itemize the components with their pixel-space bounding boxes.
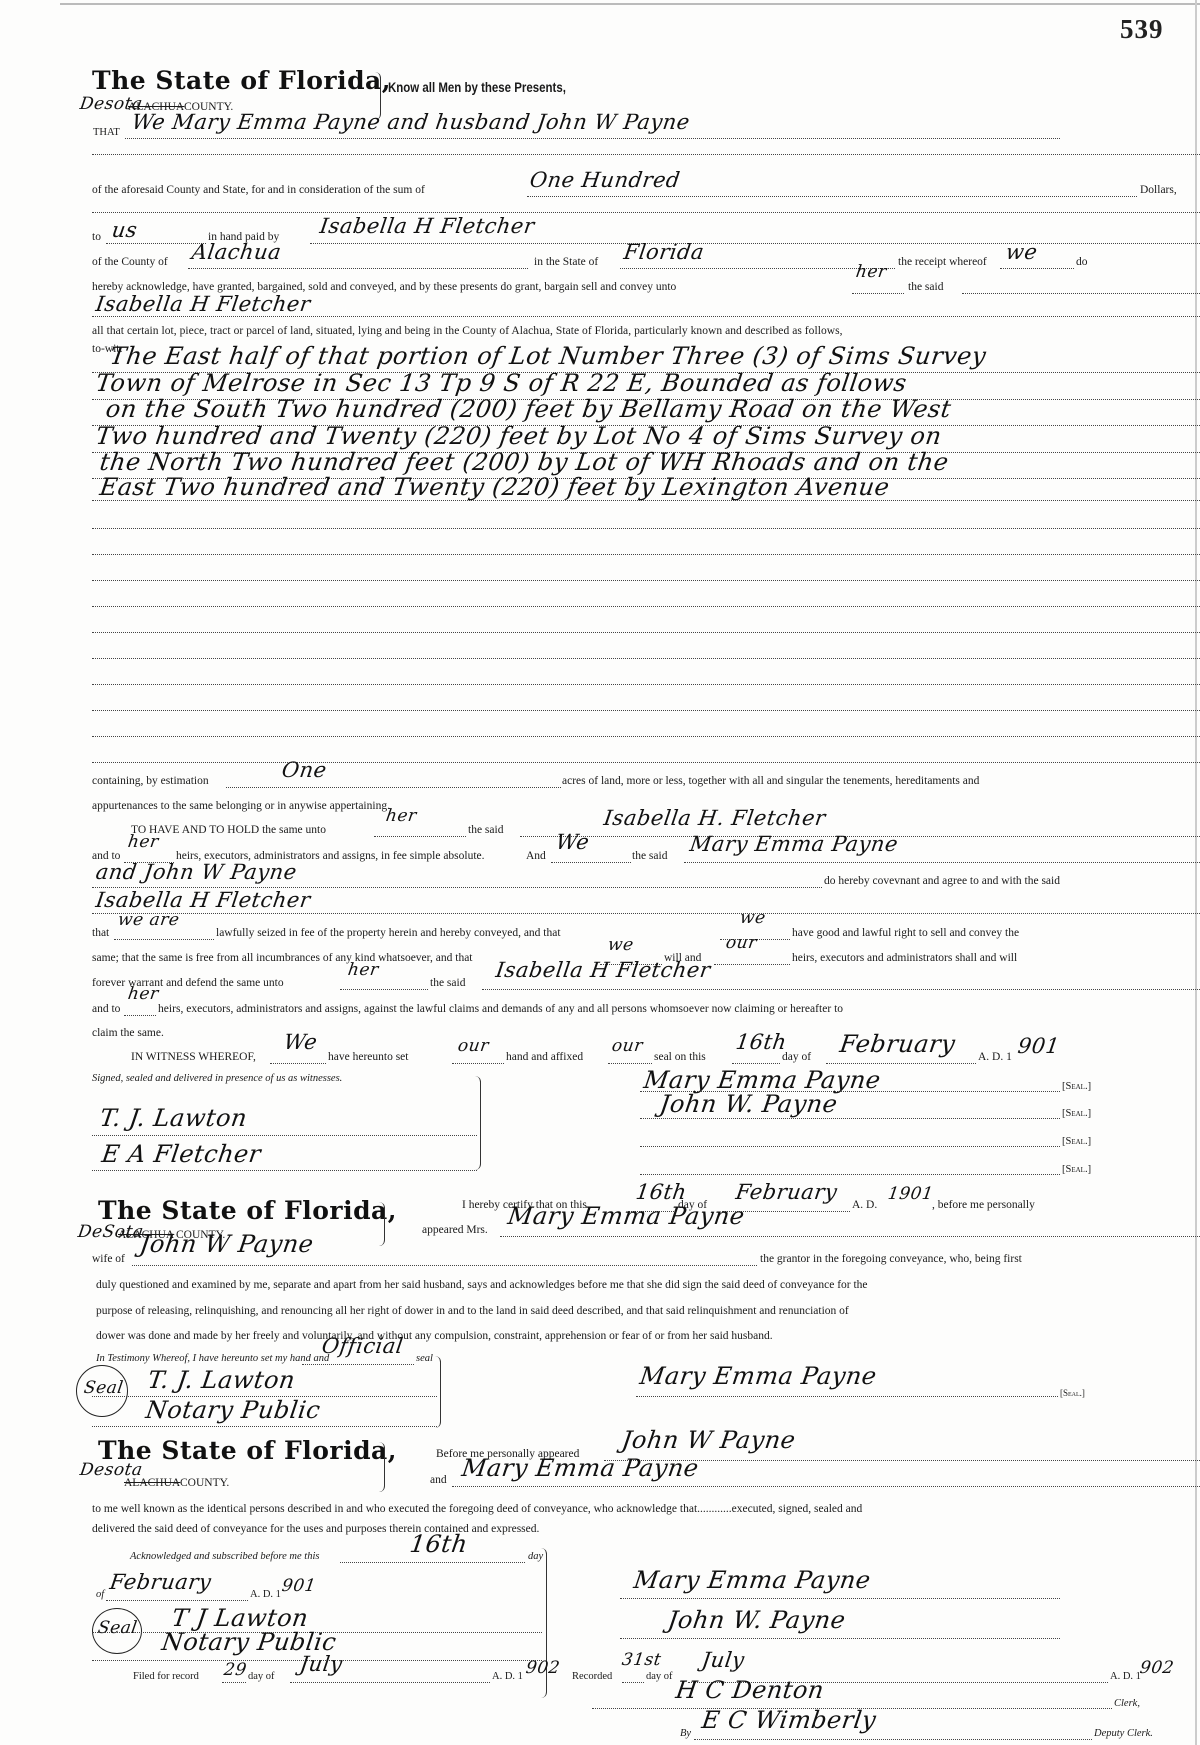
and-value: We [554, 830, 591, 854]
ack-subscribed-label: Acknowledged and subscribed before me th… [130, 1550, 319, 1564]
forever-grantee: Isabella H Fletcher [494, 958, 712, 982]
forever-line [340, 989, 428, 990]
notary-seal-word: Seal [83, 1378, 125, 1398]
witness-label: IN WITNESS WHEREOF, [131, 1050, 256, 1064]
blank-line [92, 212, 1200, 213]
witness-brace [474, 1076, 481, 1170]
habendum-unto-value: her [385, 806, 418, 826]
receipt-line [1000, 268, 1074, 269]
by-label: By [680, 1727, 691, 1741]
person1: John W Payne [620, 1426, 797, 1454]
blank-line [92, 528, 1200, 529]
wife-of-label: wife of [92, 1252, 125, 1266]
our-value: our [725, 933, 759, 953]
acres-line [226, 787, 561, 788]
to-label: to [92, 230, 101, 244]
right-text: have good and lawful right to sell and c… [792, 926, 1019, 940]
filed-label: Filed for record [133, 1670, 199, 1684]
covenant-heirs-text: heirs, executors and administrators shal… [792, 951, 1017, 965]
filed-day: 29 [223, 1660, 248, 1680]
signature-line-2 [640, 1118, 1060, 1119]
know-all-men: Know all Men by these Presents, [388, 80, 566, 95]
blank-line [92, 658, 1200, 659]
signed-sealed-label: Signed, sealed and delivered in presence… [92, 1072, 342, 1086]
do-label: do [1076, 255, 1088, 269]
description-line-4: Two hundred and Twenty (220) feet by Lot… [94, 422, 943, 450]
page-right-edge [1195, 0, 1197, 1745]
ack-signature-line-1 [620, 1598, 1060, 1599]
person2: Mary Emma Payne [460, 1454, 701, 1482]
description-line-5: the North Two hundred feet (200) by Lot … [98, 448, 951, 476]
witness-2: E A Fletcher [100, 1140, 263, 1168]
witness-line-1 [92, 1135, 477, 1136]
blank-line [92, 606, 1200, 607]
witness-ad-label: A. D. 1 [978, 1050, 1012, 1064]
consideration-amount: One Hundred [528, 168, 681, 192]
person2-line [452, 1486, 1200, 1487]
appeared-label: appeared Mrs. [422, 1223, 488, 1237]
blank-line [92, 580, 1200, 581]
same-text: same; that the same is free from all inc… [92, 951, 473, 965]
notary-brace-1 [434, 1356, 441, 1428]
paid-by-value: Isabella H Fletcher [318, 214, 536, 238]
that-label: THAT [93, 126, 120, 140]
ack-month: February [108, 1570, 213, 1594]
page-top-edge [60, 3, 1200, 5]
receipt-value: we [1004, 240, 1039, 264]
grant-unto-value: her [855, 262, 888, 282]
blank-line [92, 710, 1200, 711]
blank-line [92, 736, 1200, 737]
containing-rest: acres of land, more or less, together wi… [562, 774, 979, 788]
filed-day-line [222, 1682, 246, 1683]
ack-day-line [340, 1562, 525, 1563]
seal-tag-2: [Seal.] [1062, 1107, 1091, 1121]
description-line-6: East Two hundred and Twenty (220) feet b… [98, 473, 891, 501]
description-line-3: on the South Two hundred (200) feet by B… [104, 395, 953, 423]
witness-hand-label: hand and affixed [506, 1050, 583, 1064]
witness-set-label: have hereunto set [328, 1050, 408, 1064]
containing-label: containing, by estimation [92, 774, 209, 788]
grantee-name: Isabella H Fletcher [94, 292, 312, 316]
grant-the-said: the said [908, 280, 943, 294]
testimony-value: Official [320, 1334, 405, 1358]
recorded-day: 31st [621, 1650, 663, 1670]
amount-line [527, 196, 1137, 197]
recorded-ad-label: A. D. 1 [1110, 1670, 1141, 1684]
ack-wife-state-title: The State of Florida, [98, 1196, 397, 1225]
grantor-line [125, 138, 1060, 139]
wife-of-line [132, 1265, 757, 1266]
description-line-1: The East half of that portion of Lot Num… [108, 342, 988, 370]
dollars-label: Dollars, [1140, 183, 1177, 197]
deputy-label: Deputy Clerk. [1094, 1727, 1153, 1741]
and-to-value: her [127, 984, 160, 1004]
and-to-line [124, 1015, 156, 1016]
seal-tag-3: [Seal.] [1062, 1135, 1091, 1149]
blank-line [92, 632, 1200, 633]
testimony-line [302, 1364, 414, 1365]
habendum-the-said-2: the said [632, 849, 667, 863]
paid-by-line [310, 243, 1200, 244]
ack-signature-1: Mary Emma Payne [632, 1566, 873, 1594]
ack-both-brace [378, 1442, 385, 1492]
county-of-line [188, 268, 528, 269]
blank-line [92, 684, 1200, 685]
and-to-2: and to [92, 1002, 120, 1016]
appurtenances: appurtenances to the same belonging or i… [92, 799, 390, 813]
wife-of-value: John W Payne [138, 1230, 315, 1258]
grantors-line-2-value: and John W Payne [94, 860, 298, 884]
forever-the-said: the said [430, 976, 465, 990]
grantor-text: the grantor in the foregoing conveyance,… [760, 1252, 1022, 1266]
witness-our2: our [611, 1036, 645, 1056]
recorded-day-line [622, 1682, 644, 1683]
and-label-2: and [430, 1473, 447, 1487]
habendum-grantee: Isabella H. Fletcher [602, 806, 827, 830]
ack-both-county-struck: ALACHUA [124, 1476, 180, 1490]
covenant-grantee: Isabella H Fletcher [94, 888, 312, 912]
blank-line [92, 554, 1200, 555]
state-value: Florida [622, 240, 706, 264]
grantors-line-1-value: Mary Emma Payne [688, 832, 899, 856]
blank-line [92, 154, 1200, 155]
signature-line-3 [640, 1146, 1060, 1147]
that-line [114, 939, 214, 940]
signature-2: John W. Payne [658, 1090, 839, 1118]
that-label-2: that [92, 926, 109, 940]
filed-month: July [298, 1652, 344, 1676]
witness-our1: our [457, 1036, 491, 1056]
filed-year: 902 [525, 1658, 562, 1678]
ack-wife-body-2: purpose of releasing, relinquishing, and… [96, 1304, 849, 1318]
county-of-label: of the County of [92, 255, 168, 269]
witness-year: 901 [1016, 1034, 1061, 1058]
ack-wife-signature: Mary Emma Payne [638, 1362, 879, 1390]
appeared-line [500, 1236, 1200, 1237]
witness-line-2 [92, 1170, 477, 1171]
grant-said-line [962, 293, 1200, 294]
seized-text: lawfully seized in fee of the property h… [216, 926, 561, 940]
consideration-label: of the aforesaid County and State, for a… [92, 183, 425, 197]
clerk-label: Clerk, [1114, 1697, 1140, 1711]
description-line-2: Town of Melrose in Sec 13 Tp 9 S of R 22… [94, 369, 909, 397]
heirs-value: her [127, 832, 160, 852]
ack-wife-body-3: dower was done and made by her freely an… [96, 1329, 773, 1343]
land-intro: all that certain lot, piece, tract or pa… [92, 324, 843, 338]
ack-signature-2: John W. Payne [666, 1606, 847, 1634]
notary-name: T. J. Lawton [146, 1366, 297, 1394]
ack-seal-word: Seal [97, 1618, 139, 1638]
grantors-line-1 [684, 862, 1200, 863]
witness-seal-label: seal on this [654, 1050, 706, 1064]
certify-month: February [734, 1180, 839, 1204]
testimony-seal-word: seal [416, 1352, 433, 1366]
recorded-year: 902 [1139, 1658, 1176, 1678]
our-line [714, 964, 790, 965]
habendum-the-said: the said [468, 823, 503, 837]
recorded-label: Recorded [572, 1670, 612, 1684]
acres-value: One [280, 758, 328, 782]
witness-we-value: We [282, 1030, 319, 1054]
certify-ad-label: A. D. [852, 1198, 877, 1212]
claim-end: claim the same. [92, 1026, 164, 1040]
recorded-day-of: day of [646, 1670, 673, 1684]
ack-ad-label: A. D. 1 [250, 1588, 281, 1602]
witness-our2-line [608, 1063, 652, 1064]
grantee-line [92, 316, 1200, 317]
that-value: we are [117, 910, 181, 930]
and-label: And [526, 849, 546, 863]
blank-line [92, 762, 1200, 763]
to-line [106, 243, 206, 244]
will-value: we [607, 935, 635, 955]
ack-both-body-1: to me well known as the identical person… [92, 1502, 862, 1516]
witness-month: February [838, 1030, 957, 1058]
state-line [620, 268, 895, 269]
forever-text: forever warrant and defend the same unto [92, 976, 284, 990]
witness-our1-line [452, 1063, 504, 1064]
filed-day-of: day of [248, 1670, 275, 1684]
certify-year: 1901 [887, 1184, 935, 1204]
ack-both-county-label: COUNTY. [180, 1476, 229, 1490]
grant-unto-line [852, 293, 904, 294]
ack-wife-signature-line [636, 1396, 1058, 1397]
state-label: in the State of [534, 255, 598, 269]
filed-month-line [290, 1682, 490, 1683]
ack-day: 16th [408, 1530, 470, 1558]
notary-title-line [92, 1426, 437, 1427]
witness-day-line [732, 1063, 780, 1064]
claims-text: heirs, executors, administrators and ass… [158, 1002, 843, 1016]
ack-wife-brace [378, 1202, 385, 1246]
witness-day: 16th [734, 1030, 788, 1054]
grantor-names: We Mary Emma Payne and husband John W Pa… [130, 110, 691, 134]
habendum-unto-line [374, 836, 466, 837]
certify-before-label: , before me personally [932, 1198, 1035, 1212]
forever-value: her [347, 960, 380, 980]
and-line [551, 862, 631, 863]
recorded-month: July [700, 1648, 746, 1672]
covenant-text: do hereby covevnant and agree to and wit… [824, 874, 1060, 888]
receipt-label: the receipt whereof [898, 255, 987, 269]
notary-title: Notary Public [144, 1396, 322, 1424]
witness-month-line [826, 1063, 976, 1064]
ack-month-line [106, 1600, 248, 1601]
witness-we-line [270, 1063, 326, 1064]
ack-wife-seal-tag: [Seal.] [1060, 1386, 1085, 1400]
witness-1: T. J. Lawton [98, 1104, 249, 1132]
seal-tag-4: [Seal.] [1062, 1163, 1091, 1177]
seized-value: we [739, 908, 767, 928]
appeared-value: Mary Emma Payne [506, 1202, 747, 1230]
forever-grantee-line [482, 989, 1200, 990]
ack-both-body-2: delivered the said deed of conveyance fo… [92, 1522, 539, 1536]
witness-day-of: day of [782, 1050, 811, 1064]
testimony-label: In Testimony Whereof, I have hereunto se… [96, 1352, 329, 1366]
deputy-line [694, 1739, 1092, 1740]
ack-year: 901 [281, 1576, 318, 1596]
to-value: us [110, 218, 139, 242]
filed-ad-label: A. D. 1 [492, 1670, 523, 1684]
county-of-value: Alachua [190, 240, 283, 264]
clerk-name: H C Denton [674, 1676, 826, 1704]
ack-of-label: of [96, 1588, 104, 1602]
page-number: 539 [1120, 14, 1164, 45]
deputy-name: E C Wimberly [700, 1706, 878, 1734]
covenant-grantee-line [92, 913, 1200, 914]
state-title: The State of Florida, [92, 66, 391, 95]
ack-signature-line-2 [620, 1638, 1060, 1639]
habendum-label: TO HAVE AND TO HOLD the same unto [131, 823, 326, 837]
deed-page: 539 The State of Florida, Know all Men b… [0, 0, 1200, 1745]
ack-wife-body-1: duly questioned and examined by me, sepa… [96, 1278, 868, 1292]
seal-tag-1: [Seal.] [1062, 1080, 1091, 1094]
signature-line-4 [640, 1174, 1060, 1175]
